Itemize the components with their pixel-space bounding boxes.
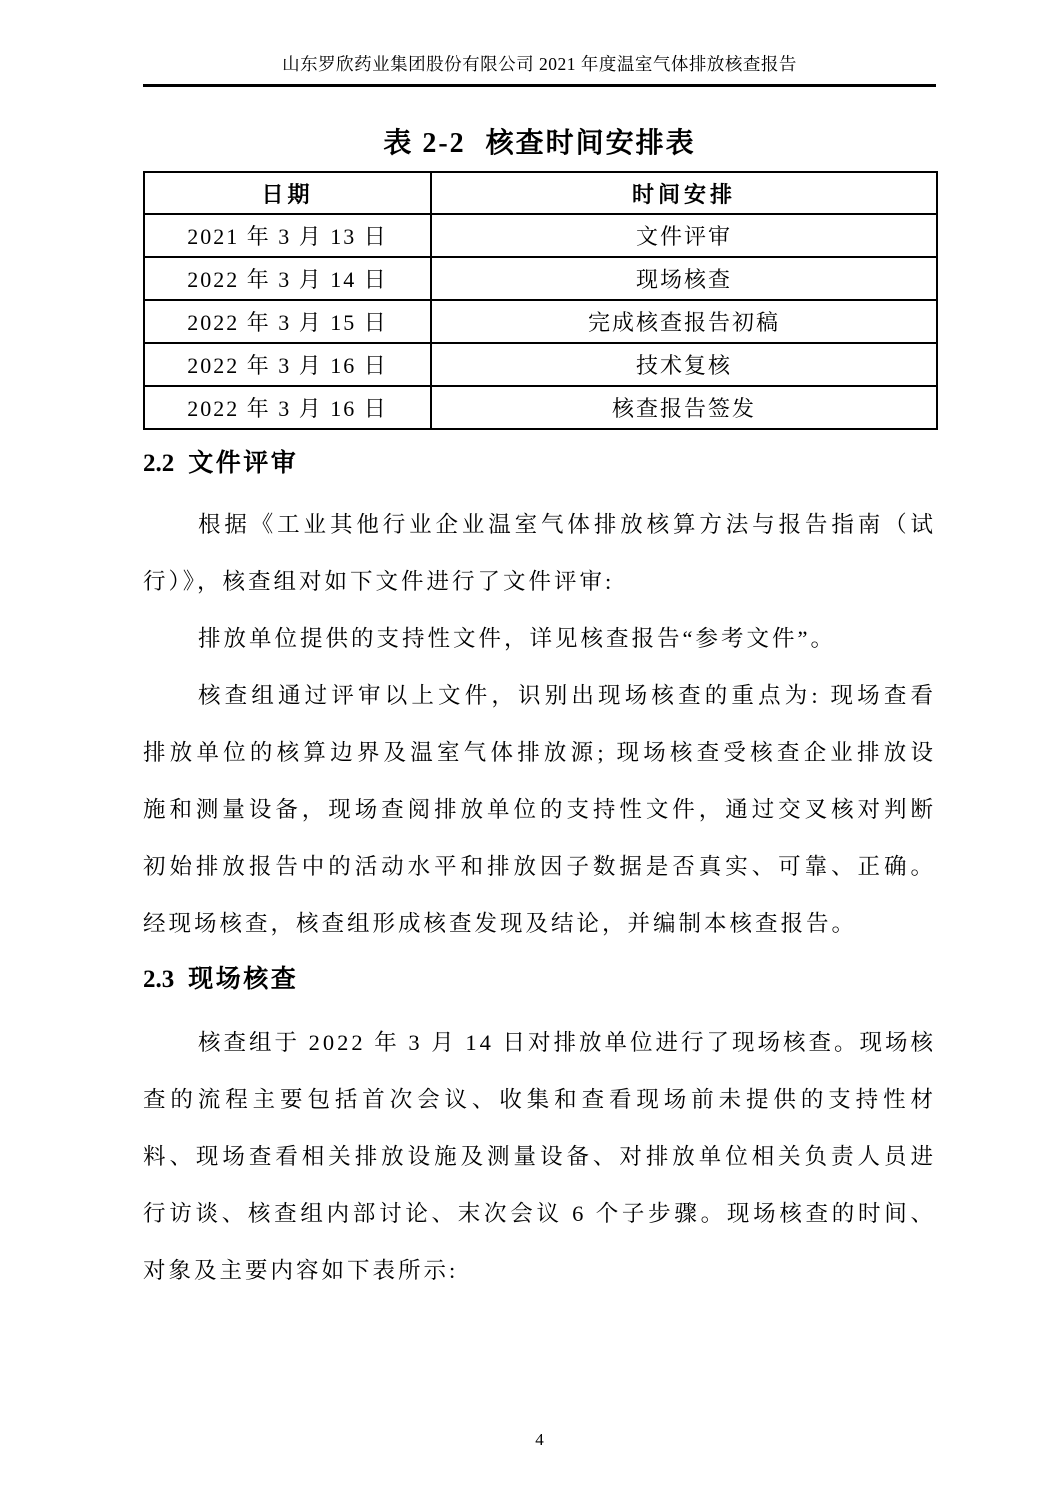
- table-row: 2022 年 3 月 15 日 完成核查报告初稿: [144, 300, 937, 343]
- paragraph-line: 对象及主要内容如下表所示:: [143, 1242, 936, 1299]
- table-cell-activity: 核查报告签发: [431, 386, 937, 429]
- page-content: 山东罗欣药业集团股份有限公司 2021 年度温室气体排放核查报告 表 2-2核查…: [143, 0, 936, 1299]
- table-row: 2021 年 3 月 13 日 文件评审: [144, 214, 937, 257]
- paragraph: 根据《工业其他行业企业温室气体排放核算方法与报告指南（试 行）》，核查组对如下文…: [143, 496, 936, 610]
- paragraph-line: 经现场核查，核查组形成核查发现及结论，并编制本核查报告。: [143, 895, 936, 952]
- paragraph-line: 核查组通过评审以上文件，识别出现场核查的重点为: 现场查看: [143, 667, 936, 724]
- table-cell-activity: 现场核查: [431, 257, 937, 300]
- table-cell-date: 2022 年 3 月 14 日: [144, 257, 431, 300]
- table-cell-date: 2022 年 3 月 15 日: [144, 300, 431, 343]
- verification-schedule-table: 日期 时间安排 2021 年 3 月 13 日 文件评审 2022 年 3 月 …: [143, 171, 938, 430]
- table-row: 2022 年 3 月 16 日 核查报告签发: [144, 386, 937, 429]
- document-page: 山东罗欣药业集团股份有限公司 2021 年度温室气体排放核查报告 表 2-2核查…: [0, 0, 1052, 1494]
- section-number: 2.3: [143, 966, 174, 993]
- table-header-cell-activity: 时间安排: [431, 172, 937, 214]
- table-cell-activity: 技术复核: [431, 343, 937, 386]
- section-heading-2-2: 2.2文件评审: [143, 444, 936, 484]
- paragraph-line: 排放单位提供的支持性文件，详见核查报告“参考文件”。: [143, 610, 936, 667]
- paragraph-line: 根据《工业其他行业企业温室气体排放核算方法与报告指南（试: [143, 496, 936, 553]
- table-cell-activity: 完成核查报告初稿: [431, 300, 937, 343]
- table-cell-date: 2021 年 3 月 13 日: [144, 214, 431, 257]
- table-row: 2022 年 3 月 16 日 技术复核: [144, 343, 937, 386]
- table-caption: 表 2-2核查时间安排表: [143, 125, 936, 163]
- paragraph-line: 排放单位的核算边界及温室气体排放源; 现场核查受核查企业排放设: [143, 724, 936, 781]
- paragraph-line: 行访谈、核查组内部讨论、末次会议 6 个子步骤。现场核查的时间、: [143, 1185, 936, 1242]
- page-number: 4: [143, 1428, 936, 1452]
- section-title: 现场核查: [188, 966, 298, 993]
- paragraph-line: 行）》，核查组对如下文件进行了文件评审:: [143, 553, 936, 610]
- paragraph: 核查组于 2022 年 3 月 14 日对排放单位进行了现场核查。现场核 查的流…: [143, 1014, 936, 1299]
- paragraph: 核查组通过评审以上文件，识别出现场核查的重点为: 现场查看 排放单位的核算边界及…: [143, 667, 936, 952]
- table-caption-label: 表 2-2: [383, 128, 465, 159]
- paragraph-line: 初始排放报告中的活动水平和排放因子数据是否真实、可靠、正确。: [143, 838, 936, 895]
- section-heading-2-3: 2.3现场核查: [143, 960, 936, 1000]
- paragraph-line: 查的流程主要包括首次会议、收集和查看现场前未提供的支持性材: [143, 1071, 936, 1128]
- section-title: 文件评审: [188, 450, 298, 477]
- table-caption-text: 核查时间安排表: [486, 128, 696, 159]
- paragraph-line: 核查组于 2022 年 3 月 14 日对排放单位进行了现场核查。现场核: [143, 1014, 936, 1071]
- table-cell-date: 2022 年 3 月 16 日: [144, 386, 431, 429]
- paragraph-line: 料、现场查看相关排放设施及测量设备、对排放单位相关负责人员进: [143, 1128, 936, 1185]
- section-number: 2.2: [143, 450, 174, 477]
- table-header-cell-date: 日期: [144, 172, 431, 214]
- paragraph: 排放单位提供的支持性文件，详见核查报告“参考文件”。: [143, 610, 936, 667]
- table-header-row: 日期 时间安排: [144, 172, 937, 214]
- table-row: 2022 年 3 月 14 日 现场核查: [144, 257, 937, 300]
- running-header-title: 山东罗欣药业集团股份有限公司 2021 年度温室气体排放核查报告: [143, 52, 936, 76]
- paragraph-line: 施和测量设备，现场查阅排放单位的支持性文件，通过交叉核对判断: [143, 781, 936, 838]
- header-divider-rule: [143, 84, 936, 87]
- table-cell-date: 2022 年 3 月 16 日: [144, 343, 431, 386]
- table-cell-activity: 文件评审: [431, 214, 937, 257]
